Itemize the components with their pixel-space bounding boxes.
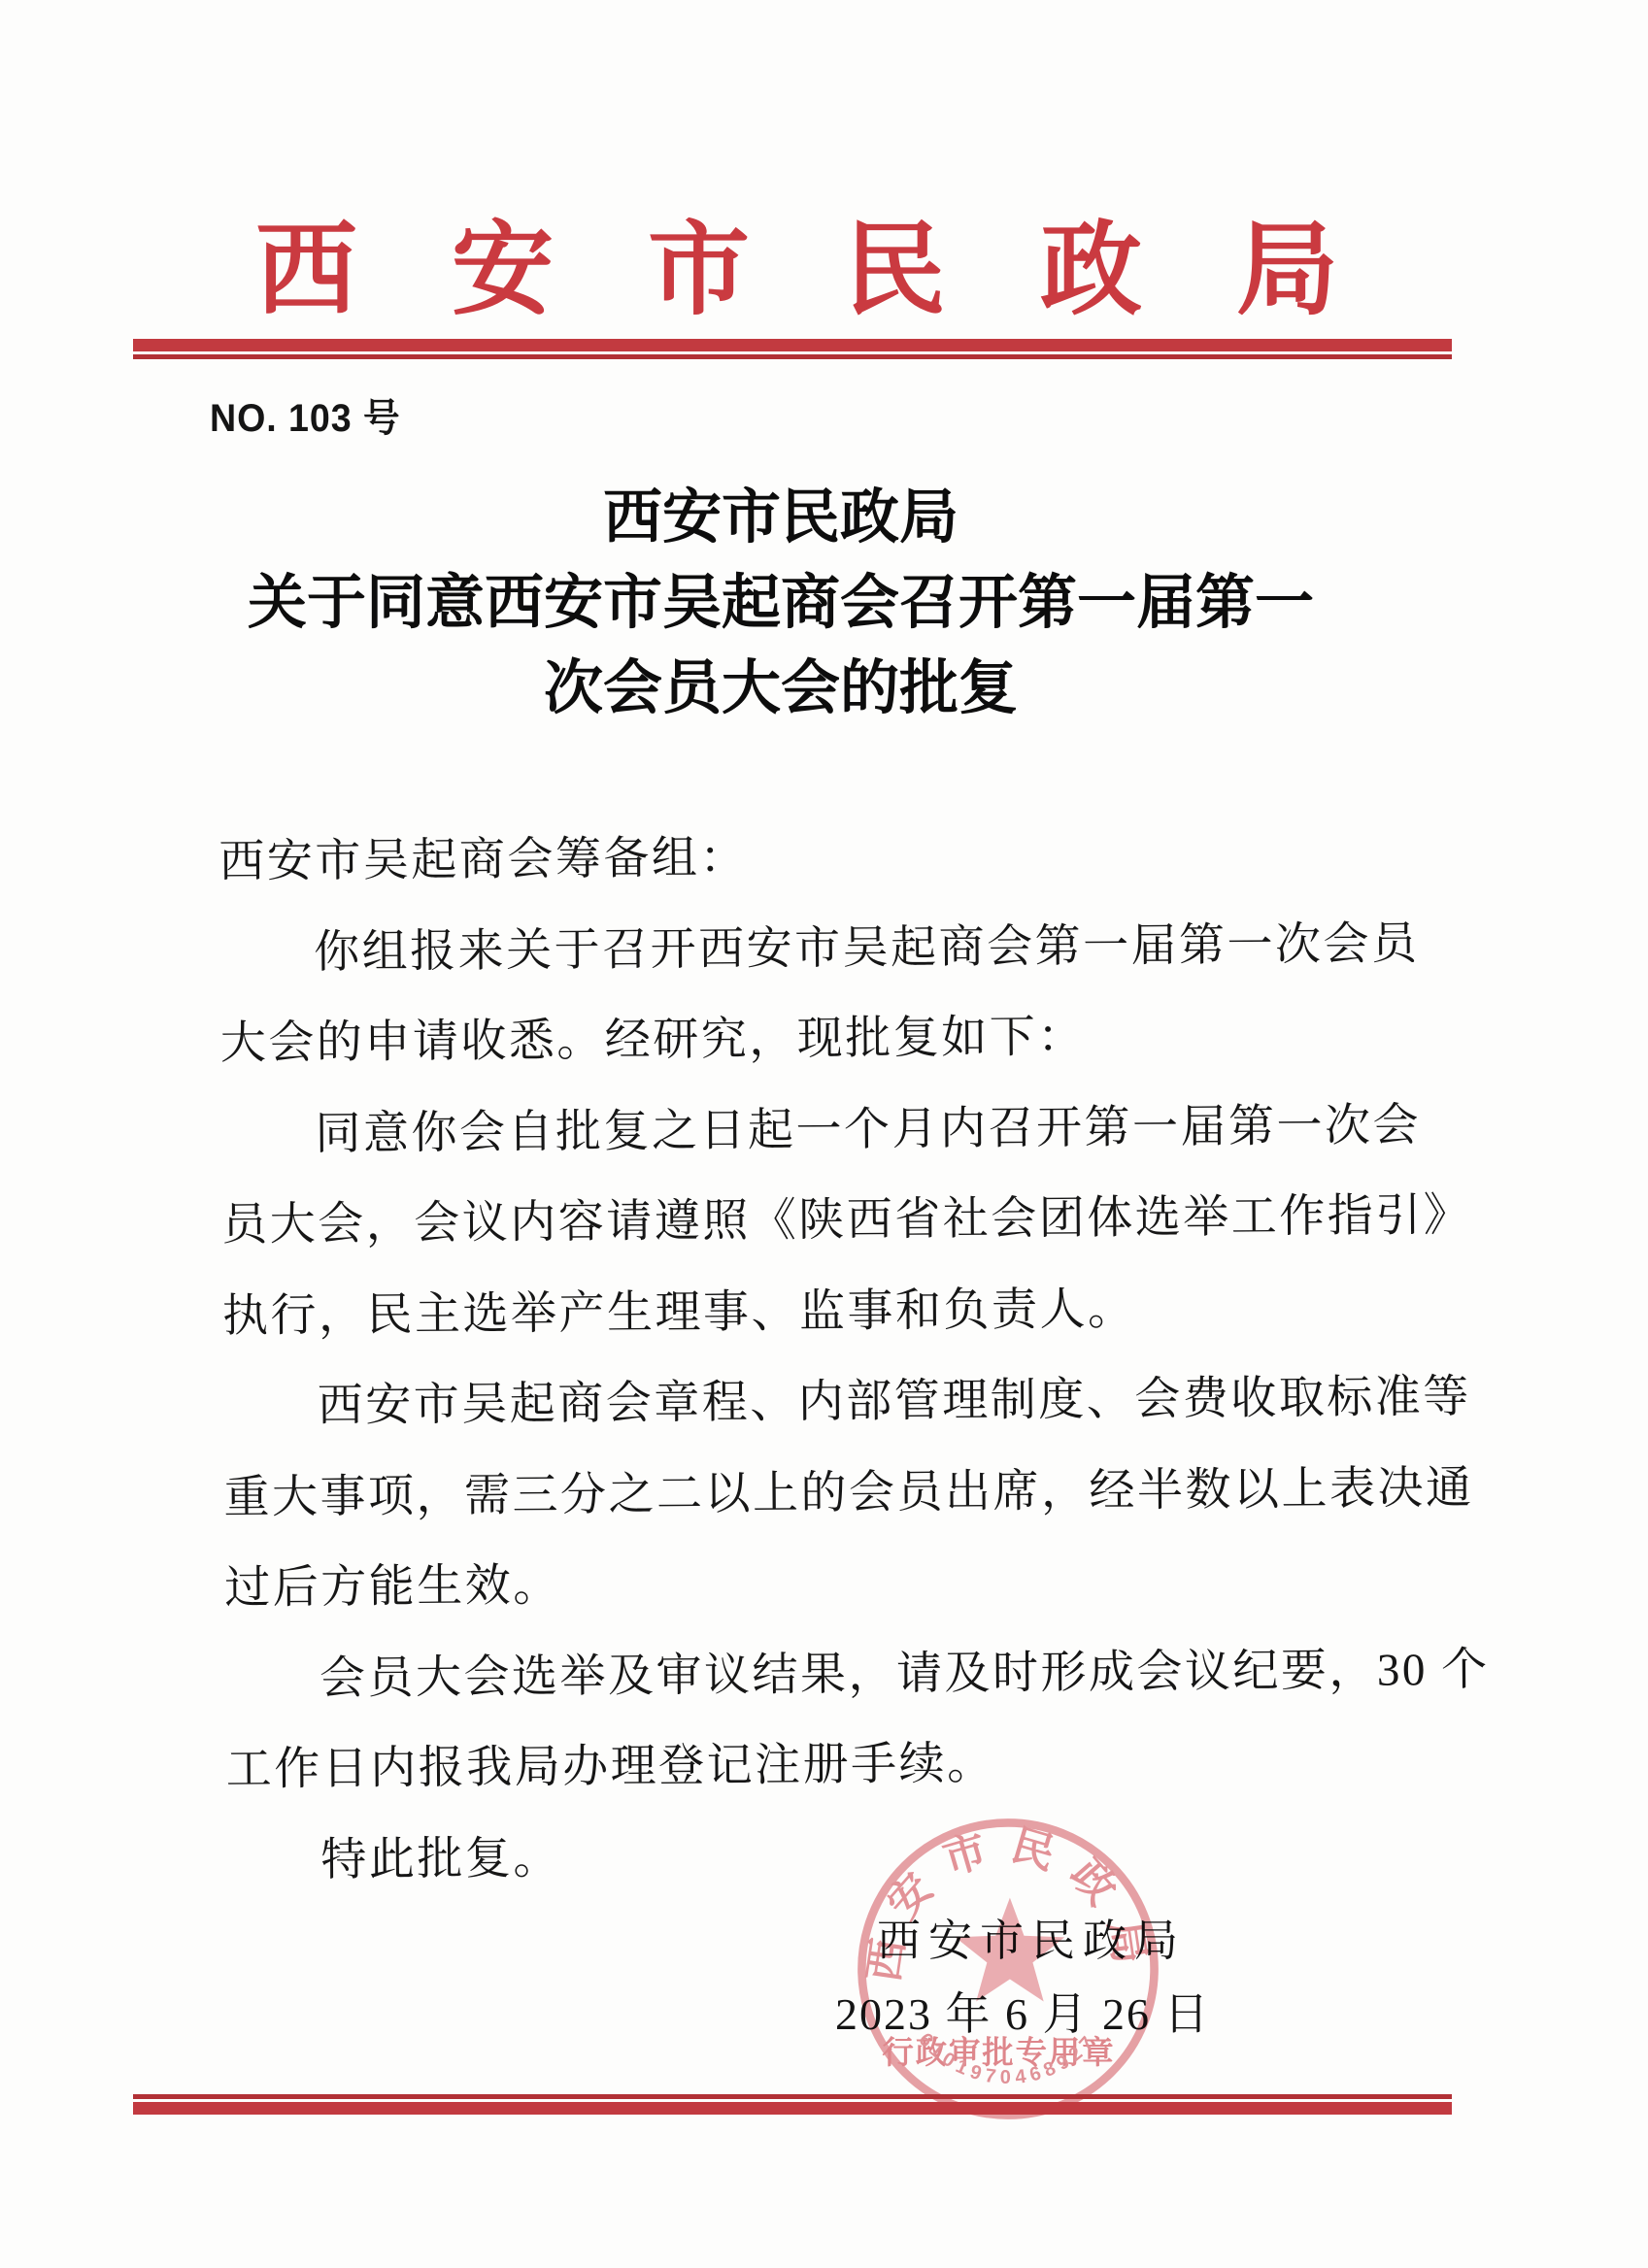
body-line: 过后方能生效。 bbox=[224, 1534, 1429, 1634]
body-line: 会员大会选举及审议结果，请及时形成会议纪要，30 个 bbox=[225, 1625, 1430, 1725]
doc-number: NO. 103 号 bbox=[210, 396, 401, 441]
body-line: 同意你会自批复之日起一个月内召开第一届第一次会 bbox=[220, 1081, 1426, 1181]
header-rule-thick bbox=[133, 339, 1452, 351]
footer-rule bbox=[133, 2094, 1452, 2115]
header-rule-thin bbox=[133, 354, 1452, 359]
footer-rule-thin bbox=[133, 2094, 1452, 2099]
header-rule bbox=[133, 339, 1452, 359]
body-line: 执行，民主选举产生理事、监事和负责人。 bbox=[222, 1262, 1428, 1362]
doc-title: 西安市民政局 关于同意西安市吴起商会召开第一届第一 次会员大会的批复 bbox=[121, 476, 1440, 732]
doc-title-line-1: 西安市民政局 bbox=[121, 476, 1440, 561]
body-line: 重大事项，需三分之二以上的会员出席，经半数以上表决通 bbox=[223, 1444, 1429, 1544]
seal-band-text: 行政审批专用章 bbox=[882, 2034, 1115, 2070]
body-line-closing: 特此批复。 bbox=[226, 1807, 1431, 1907]
footer-rule-thick bbox=[133, 2102, 1452, 2115]
signature-date: 2023 年 6 月 26 日 bbox=[835, 1990, 1211, 2039]
doc-body: 西安市吴起商会筹备组： 你组报来关于召开西安市吴起商会第一届第一次会员 大会的申… bbox=[219, 808, 1431, 1907]
body-line: 西安市吴起商会章程、内部管理制度、会费收取标准等 bbox=[222, 1352, 1428, 1452]
document-page: 西安市民政局 NO. 103 号 西安市民政局 关于同意西安市吴起商会召开第一届… bbox=[0, 0, 1648, 2268]
body-line: 员大会，会议内容请遵照《陕西省社会团体选举工作指引》 bbox=[221, 1171, 1427, 1271]
body-line-salutation: 西安市吴起商会筹备组： bbox=[219, 808, 1424, 908]
letterhead-title: 西安市民政局 bbox=[255, 219, 1432, 321]
doc-title-line-3: 次会员大会的批复 bbox=[121, 647, 1440, 732]
body-line: 工作日内报我局办理登记注册手续。 bbox=[225, 1716, 1430, 1816]
signature-org: 西安市民政局 bbox=[877, 1917, 1186, 1965]
body-line: 你组报来关于召开西安市吴起商会第一届第一次会员 bbox=[219, 899, 1425, 999]
doc-title-line-2: 关于同意西安市吴起商会召开第一届第一 bbox=[121, 561, 1440, 647]
body-line: 大会的申请收悉。经研究，现批复如下： bbox=[219, 989, 1425, 1089]
